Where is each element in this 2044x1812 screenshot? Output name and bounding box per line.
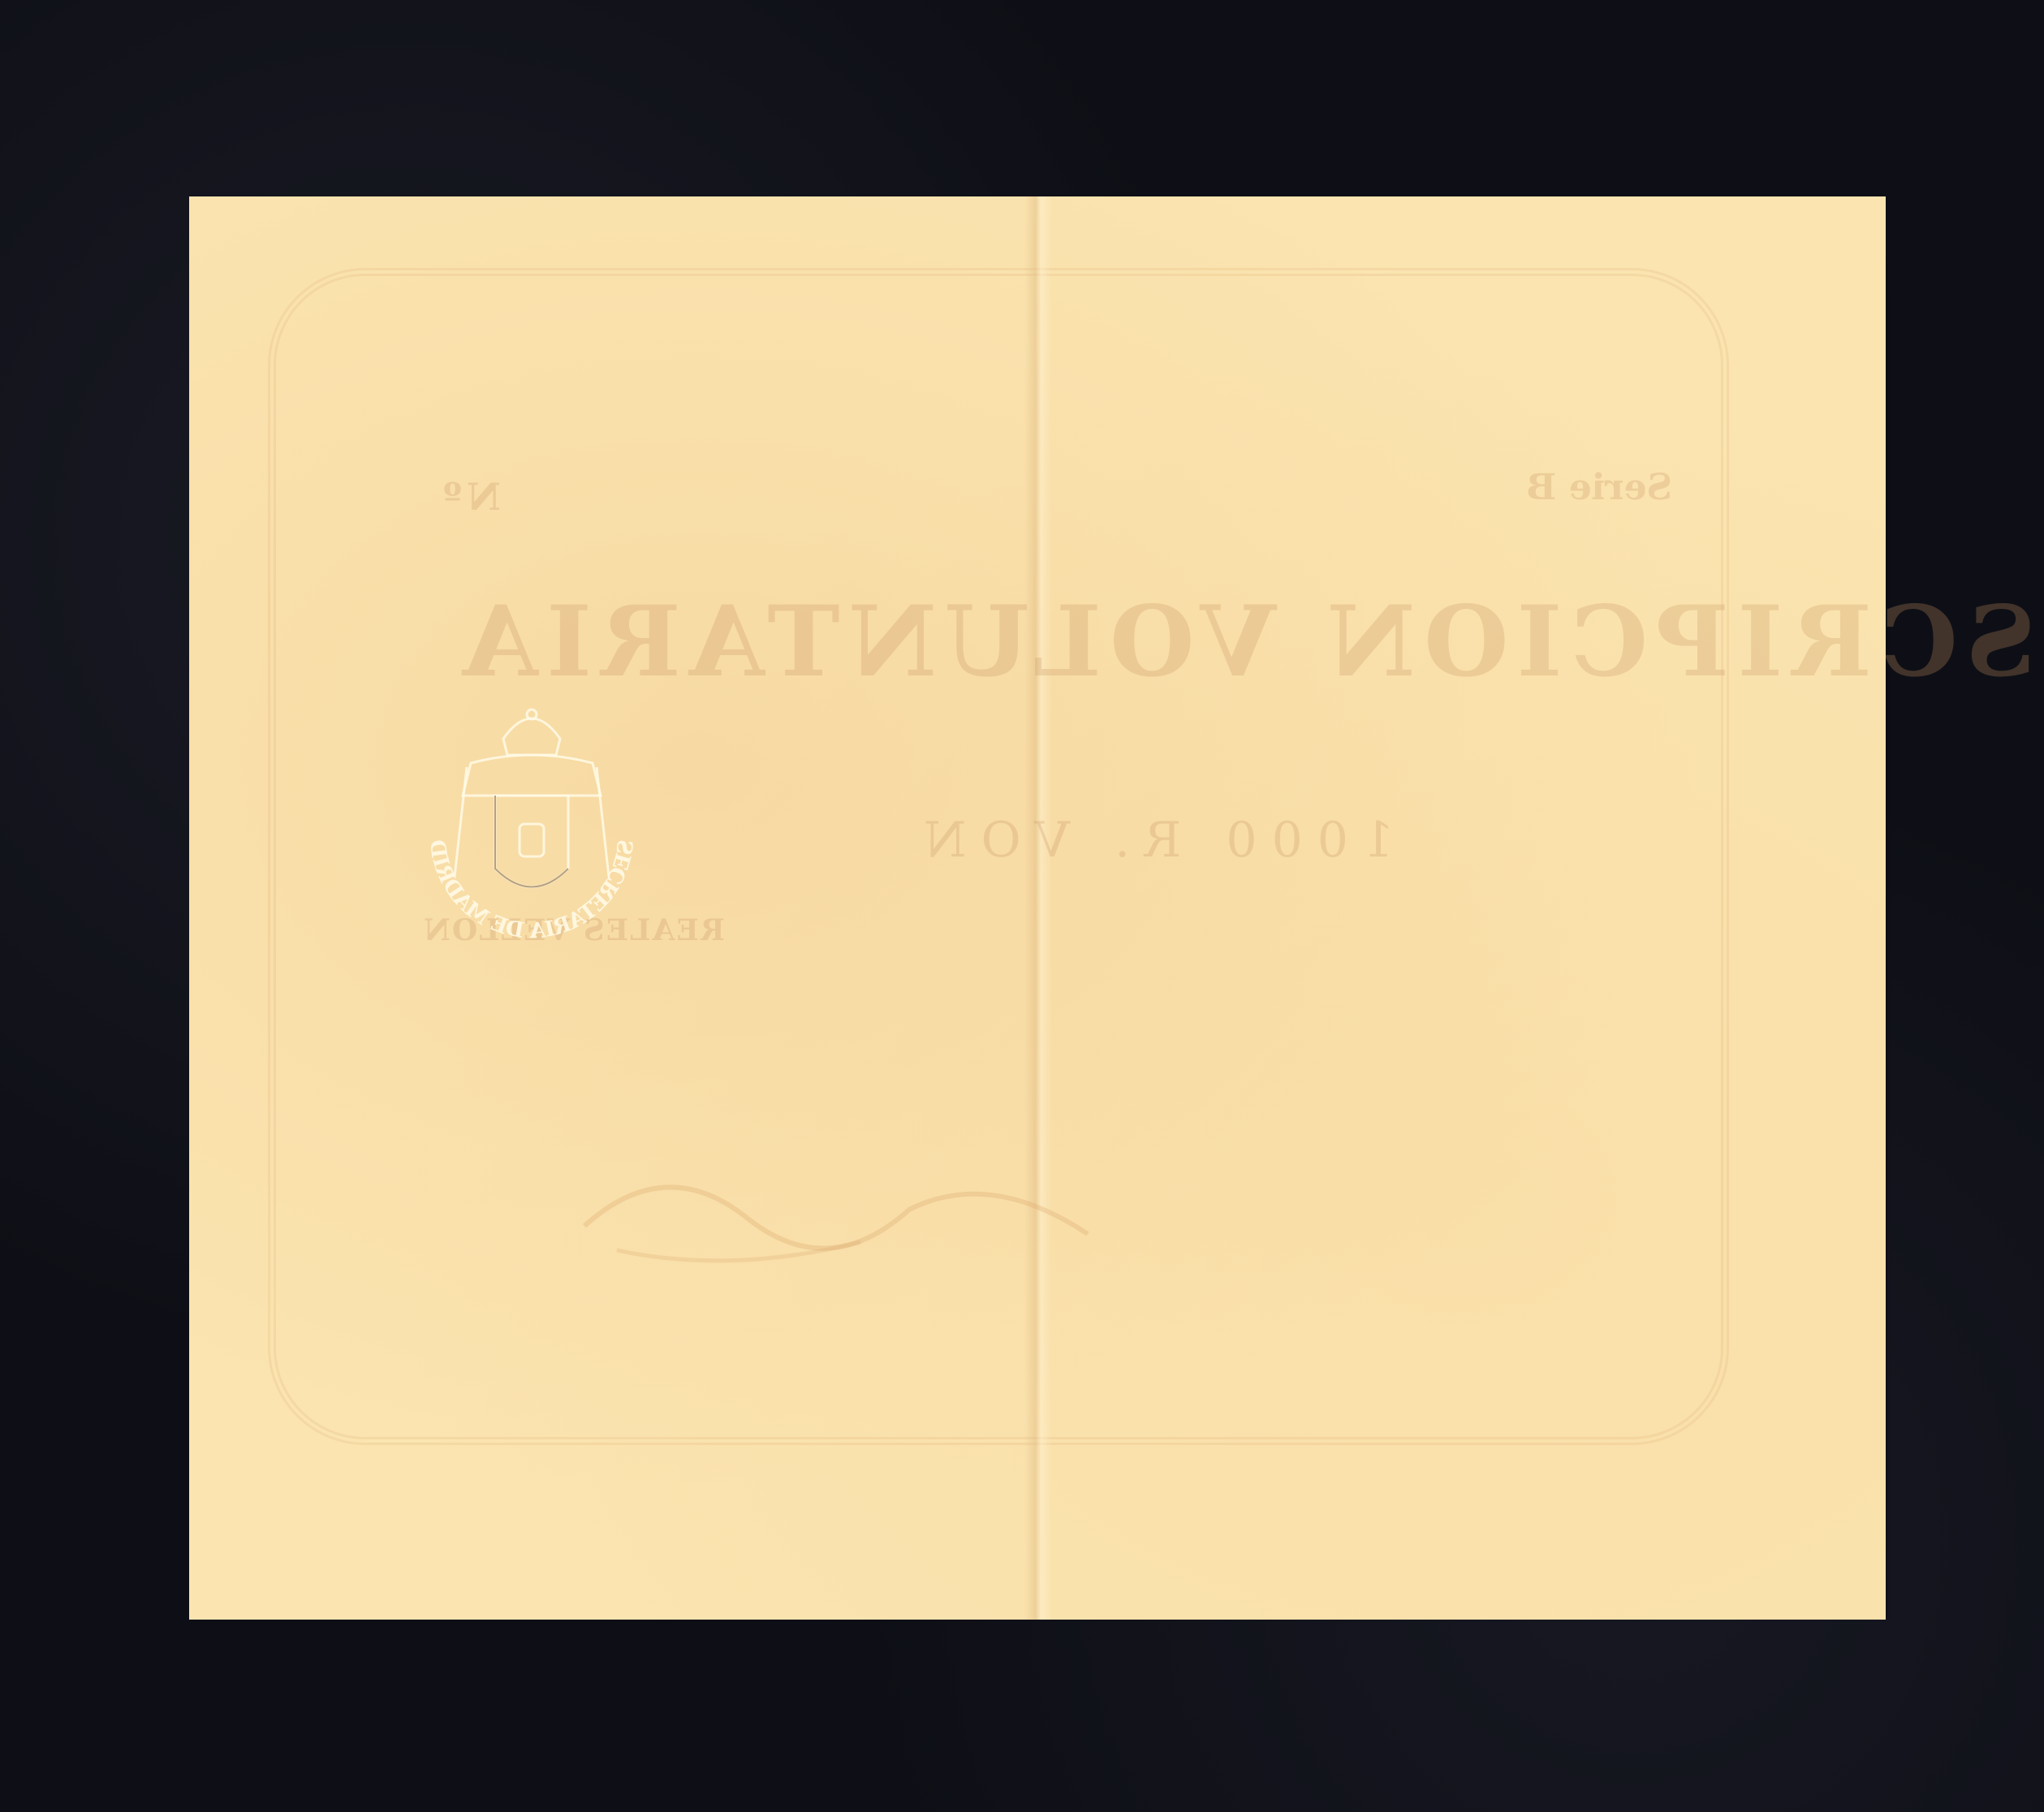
serial-number-bleed: Nº <box>438 475 501 519</box>
title-bleed: SUSCRIPCION VOLUNTARIA <box>455 585 2044 699</box>
signature-flourish-bleed <box>568 1120 1136 1283</box>
center-fold-crease <box>1024 196 1052 1620</box>
value-line-bleed: 1000 R. VON <box>909 812 1394 869</box>
embossed-crest-icon: SECRETARIA DE MADRID <box>406 674 658 942</box>
series-label-bleed: Serie B <box>1526 467 1672 508</box>
